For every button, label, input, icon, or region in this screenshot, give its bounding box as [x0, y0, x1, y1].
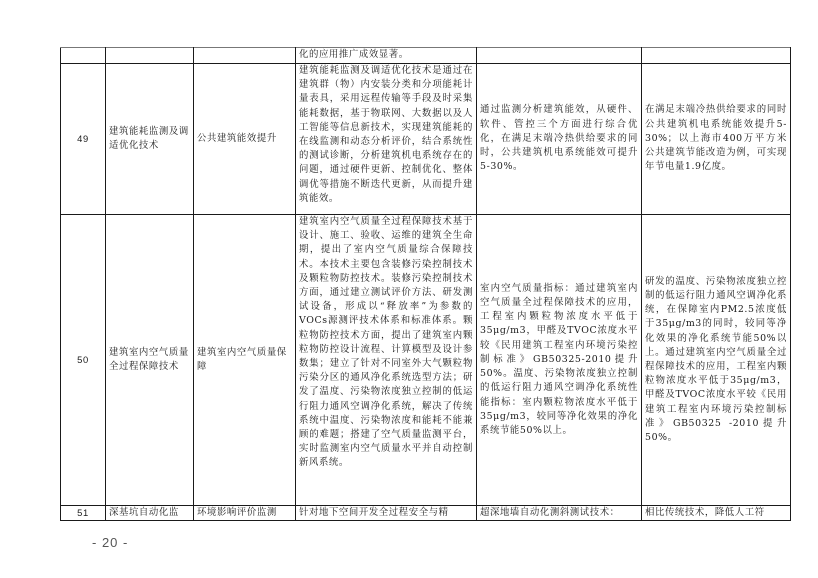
cell-description: 针对地下空间开发全过程安全与精: [296, 506, 477, 521]
cell-effect: 室内空气质量指标：通过建筑室内空气质量全过程保障技术的应用，工程室内颗粒物浓度水…: [477, 215, 642, 506]
page-number: - 20 -: [92, 535, 128, 550]
cell-tech-name: 建筑室内空气质量全过程保障技术: [106, 215, 194, 506]
cell-tech-name: 深基坑自动化监: [106, 506, 194, 521]
cell-tech-name: [106, 48, 194, 64]
cell-effect: 通过监测分析建筑能效，从硬件、软件、管控三个方面进行综合优化，在满足末端冷热供给…: [477, 64, 642, 215]
cell-tech-name: 建筑能耗监测及调适优化技术: [106, 64, 194, 215]
cell-effect: 超深地墙自动化测斜测试技术：: [477, 506, 642, 521]
cell-description: 化的应用推广成效显著。: [296, 48, 477, 64]
technology-catalog-table: 化的应用推广成效显著。 49 建筑能耗监测及调适优化技术 公共建筑能效提升 建筑…: [60, 47, 791, 521]
table-row-50: 50 建筑室内空气质量全过程保障技术 建筑室内空气质量保障 建筑室内空气质量全过…: [61, 215, 791, 506]
table-row-51: 51 深基坑自动化监 环境影响评价监测 针对地下空间开发全过程安全与精 超深地墙…: [61, 506, 791, 521]
cell-case: 研发的温度、污染物浓度独立控制的低运行阻力通风空调净化系统，在保障室内PM2.5…: [642, 215, 791, 506]
cell-number: 49: [61, 64, 106, 215]
cell-number: 50: [61, 215, 106, 506]
table-row-continuation: 化的应用推广成效显著。: [61, 48, 791, 64]
cell-case: 相比传统技术，降低人工符: [642, 506, 791, 521]
cell-case: [642, 48, 791, 64]
cell-scenario: [194, 48, 296, 64]
cell-description: 建筑室内空气质量全过程保障技术基于设计、施工、验收、运维的建筑全生命期，提出了室…: [296, 215, 477, 506]
cell-scenario: 建筑室内空气质量保障: [194, 215, 296, 506]
cell-description: 建筑能耗监测及调适优化技术是通过在建筑群（物）内安装分类和分项能耗计量表具，采用…: [296, 64, 477, 215]
cell-effect: [477, 48, 642, 64]
cell-number: 51: [61, 506, 106, 521]
cell-scenario: 公共建筑能效提升: [194, 64, 296, 215]
cell-number: [61, 48, 106, 64]
cell-case: 在满足末端冷热供给要求的同时公共建筑机电系统能效提升5-30%；以上海市400万…: [642, 64, 791, 215]
cell-scenario: 环境影响评价监测: [194, 506, 296, 521]
table-row-49: 49 建筑能耗监测及调适优化技术 公共建筑能效提升 建筑能耗监测及调适优化技术是…: [61, 64, 791, 215]
